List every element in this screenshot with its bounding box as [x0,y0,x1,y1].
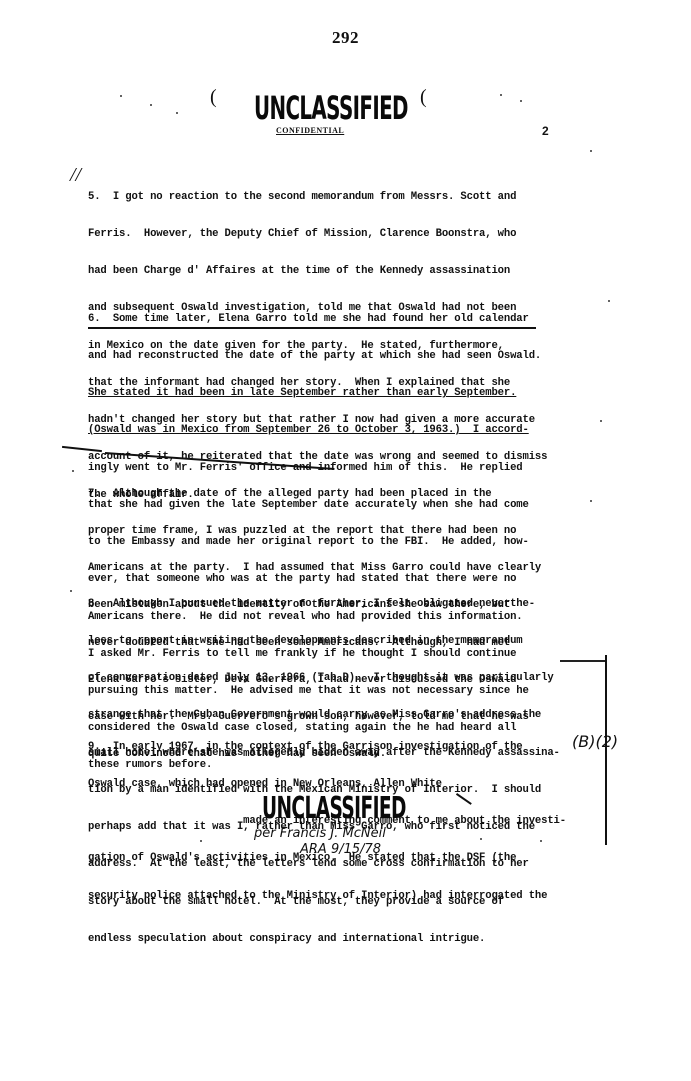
scan-speck [70,590,72,592]
right-parenthesis-mark: ( [420,86,427,109]
scan-speck [540,840,542,842]
scan-speck [480,838,482,840]
paragraph-line: endless speculation about conspiracy and… [88,933,560,945]
paragraph-line: and had reconstructed the date of the pa… [88,350,541,362]
paragraph-line: 8 Although I pursued the matter no furth… [88,598,560,610]
scan-speck [590,500,592,502]
scan-speck [72,470,74,472]
left-parenthesis-mark: ( [210,86,217,109]
scan-speck [176,112,178,114]
paragraph-line: 5. I got no reaction to the second memor… [88,191,547,203]
underlined-line: (Oswald was in Mexico from September 26 … [88,424,541,436]
redaction-exemption-note: (B)(2) [572,732,618,751]
margin-double-slash-mark: // [70,164,81,187]
declassification-date: ARA 9/15/78 [300,842,381,857]
paragraph-line: of conversation dated July 13, 1966 (Tab… [88,672,560,684]
underlined-line: She stated it had been in late September… [88,387,541,399]
paragraph-line: Oswald case, which had opened in New Orl… [88,778,566,790]
paragraph-line: 6. Some time later, Elena Garro told me … [88,313,541,325]
scan-speck [600,420,602,422]
sheet-number: 2 [542,124,549,138]
paragraph-line: less to report in writing the developmen… [88,635,560,647]
scan-speck [200,840,202,842]
scan-speck [520,100,522,102]
scan-speck [500,94,502,96]
unclassified-stamp-bottom: UNCLASSIFIED [262,794,406,824]
scan-speck [150,104,152,106]
redaction-bracket-top [560,660,606,662]
paragraph-line: had been Charge d' Affaires at the time … [88,265,547,277]
scan-speck [590,150,592,152]
paragraph-line: security police attached to the Ministry… [88,890,566,902]
confidential-marking: CONFIDENTIAL [276,126,344,135]
paragraph-line: proper time frame, I was puzzled at the … [88,525,541,537]
underline-stroke [88,327,536,329]
scan-speck [608,300,610,302]
paragraph-line: 7. Although the date of the alleged part… [88,488,541,500]
unclassified-stamp-top: UNCLASSIFIED [254,92,408,124]
page-number: 292 [0,28,691,48]
paragraph-line: 9. In early 1967, in the context of the … [88,741,566,753]
paragraph-line: Ferris. However, the Deputy Chief of Mis… [88,228,547,240]
declassification-signature: per Francis J. McNeil [254,826,386,841]
scan-speck [120,95,122,97]
